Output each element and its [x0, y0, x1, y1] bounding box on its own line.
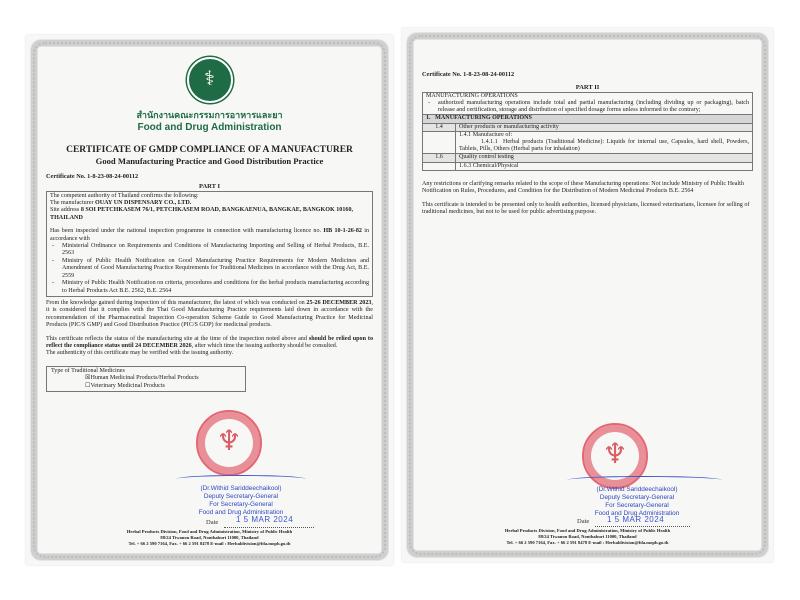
medicine-types-box: Type of Traditional Medicines ☒Human Med…	[46, 366, 246, 392]
official-seal-stamp-icon: ♆	[196, 410, 262, 476]
signature-scribble	[567, 476, 722, 484]
signatory-name: (Dr.Withid Sariddeechaikool)	[552, 486, 722, 494]
signatory-position: For Secretary-General	[156, 501, 326, 509]
type-option-veterinary: ☐Veterinary Medicinal Products	[51, 383, 241, 390]
manufacturer-box: The competent authority of Thailand conf…	[46, 191, 373, 297]
manufacturer-line: The manufacturer OUAY UN DISPENSARY CO.,…	[50, 200, 369, 207]
row-code: 1.4	[423, 123, 456, 131]
signatory-block: (Dr.Withid Sariddeechaikool) Deputy Secr…	[156, 485, 326, 517]
certificate-number: Certificate No. 1-8-23-08-24-00112	[46, 173, 373, 180]
page-footer: Herbal Products Division, Food and Drug …	[36, 529, 383, 547]
part-label: PART I	[46, 183, 373, 190]
page-footer: Herbal Products Division, Food and Drug …	[412, 528, 763, 546]
site-address: 8 SOI PETCHKASEM 76/1, PETCHKASEM ROAD, …	[50, 207, 353, 220]
row-text: Other products or manufacturing activity	[456, 123, 753, 131]
certificate-subtitle: Good Manufacturing Practice and Good Dis…	[46, 156, 373, 166]
intended-use-paragraph: This certificate is intended to be prese…	[422, 202, 753, 217]
regulation-item: Ministry of Public Health Notification o…	[62, 280, 369, 295]
signatory-position: Deputy Secretary-General	[552, 494, 722, 502]
agency-english-name: Food and Drug Administration	[46, 124, 373, 131]
manufacturing-operations-table: MANUFACTURING OPERATIONS authorized manu…	[422, 92, 753, 171]
date-label: Date	[577, 518, 589, 525]
signatory-position: For Secretary-General	[552, 502, 722, 510]
row-detail: 1.4.1 Manufacture of: 1.4.1.1 Herbal pro…	[456, 131, 753, 154]
regulation-item: Ministry of Public Health Notification o…	[62, 258, 369, 280]
certificate-number: Certificate No. 1-8-23-08-24-00112	[422, 71, 753, 78]
row-text: 1.6.3 Chemical/Physical	[456, 162, 753, 170]
row-text: Quality control testing	[456, 154, 753, 162]
part-label: PART II	[422, 84, 753, 91]
date-label: Date	[206, 519, 218, 526]
page-2-content: Certificate No. 1-8-23-08-24-00112 PART …	[422, 71, 753, 216]
signatory-block: (Dr.Withid Sariddeechaikool) Deputy Secr…	[552, 486, 722, 518]
ops-heading: MANUFACTURING OPERATIONS	[426, 93, 749, 100]
page-1-content: ⚕ สำนักงานคณะกรรมการอาหารและยา Food and …	[46, 49, 373, 392]
licence-number: HB 10-1-26-82	[323, 228, 362, 234]
ministry-emblem-icon: ⚕	[187, 57, 233, 103]
inspection-line: Has been inspected under the national in…	[50, 228, 369, 243]
status-paragraph: This certificate reflects the status of …	[46, 336, 373, 351]
certificate-title: CERTIFICATE OF GMDP COMPLIANCE OF A MANU…	[46, 145, 373, 156]
signatory-position: Deputy Secretary-General	[156, 493, 326, 501]
inspection-date: 25-26 DECEMBER 2023	[306, 300, 371, 306]
certificate-page-2: Certificate No. 1-8-23-08-24-00112 PART …	[402, 28, 773, 562]
site-address-line: Site address 8 SOI PETCHKASEM 76/1, PETC…	[50, 207, 369, 222]
date-stamp: 1 5 MAR 2024	[236, 515, 293, 524]
agency-thai-name: สำนักงานคณะกรรมการอาหารและยา	[46, 113, 373, 120]
authenticity-text: The authenticity of this certificate may…	[46, 350, 373, 357]
restrictions-paragraph: Any restrictions or clarifying remarks r…	[422, 181, 753, 196]
row-code: 1.6	[423, 154, 456, 162]
signatory-name: (Dr.Withid Sariddeechaikool)	[156, 485, 326, 493]
type-option-human: ☒Human Medicinal Products/Herbal Product…	[51, 375, 241, 382]
section-row: 1. MANUFACTURING OPERATIONS	[423, 115, 753, 123]
date-stamp: 1 5 MAR 2024	[607, 515, 664, 524]
knowledge-paragraph: From the knowledge gained during inspect…	[46, 300, 373, 330]
signature-scribble	[176, 475, 306, 483]
regulation-list: Ministerial Ordinance on Requirements an…	[50, 243, 369, 295]
regulation-item: Ministerial Ordinance on Requirements an…	[62, 243, 369, 258]
confirmation-text: The competent authority of Thailand conf…	[50, 193, 369, 200]
certificate-page-1: ⚕ สำนักงานคณะกรรมการอาหารและยา Food and …	[26, 35, 393, 565]
manufacturer-name: OUAY UN DISPENSARY CO., LTD.	[95, 200, 191, 206]
ops-header-cell: MANUFACTURING OPERATIONS authorized manu…	[423, 92, 753, 115]
ops-bullet: authorized manufacturing operations incl…	[438, 100, 749, 114]
